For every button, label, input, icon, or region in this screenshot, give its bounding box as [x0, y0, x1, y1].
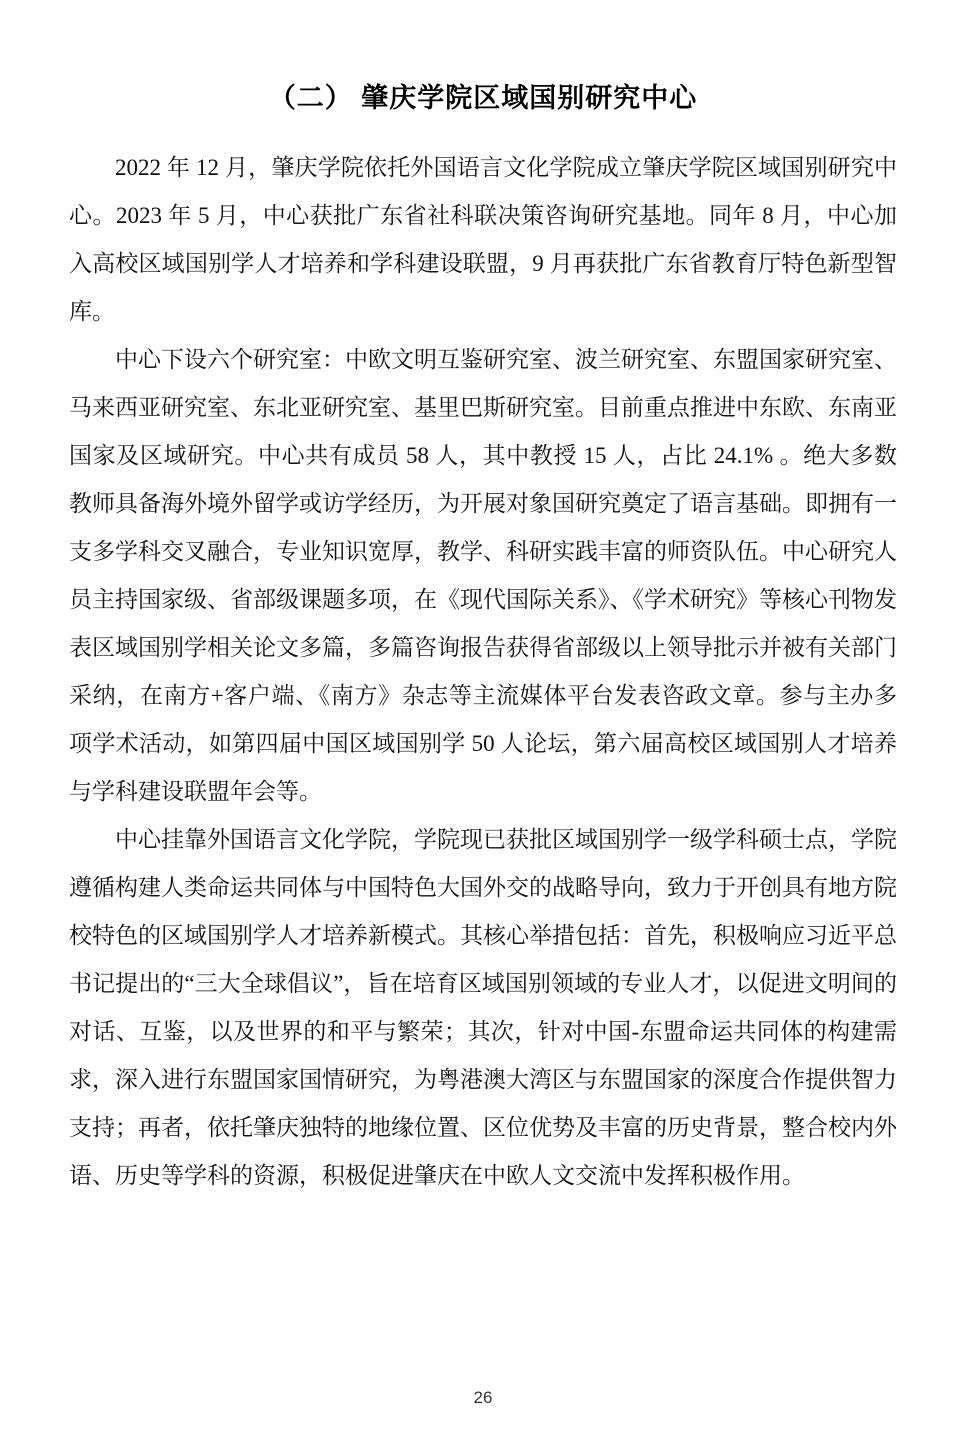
paragraph-research-rooms: 中心下设六个研究室：中欧文明互鉴研究室、波兰研究室、东盟国家研究室、马来西亚研究… — [69, 336, 897, 816]
document-page: （二） 肇庆学院区域国别研究中心 2022 年 12 月，肇庆学院依托外国语言文… — [0, 0, 966, 1438]
paragraph-intro: 2022 年 12 月，肇庆学院依托外国语言文化学院成立肇庆学院区域国别研究中心… — [69, 144, 897, 336]
document-content: （二） 肇庆学院区域国别研究中心 2022 年 12 月，肇庆学院依托外国语言文… — [69, 0, 897, 1200]
section-title: （二） 肇庆学院区域国别研究中心 — [69, 0, 897, 116]
page-number: 26 — [0, 1388, 966, 1408]
paragraph-talent-cultivation: 中心挂靠外国语言文化学院，学院现已获批区域国别学一级学科硕士点，学院遵循构建人类… — [69, 816, 897, 1200]
